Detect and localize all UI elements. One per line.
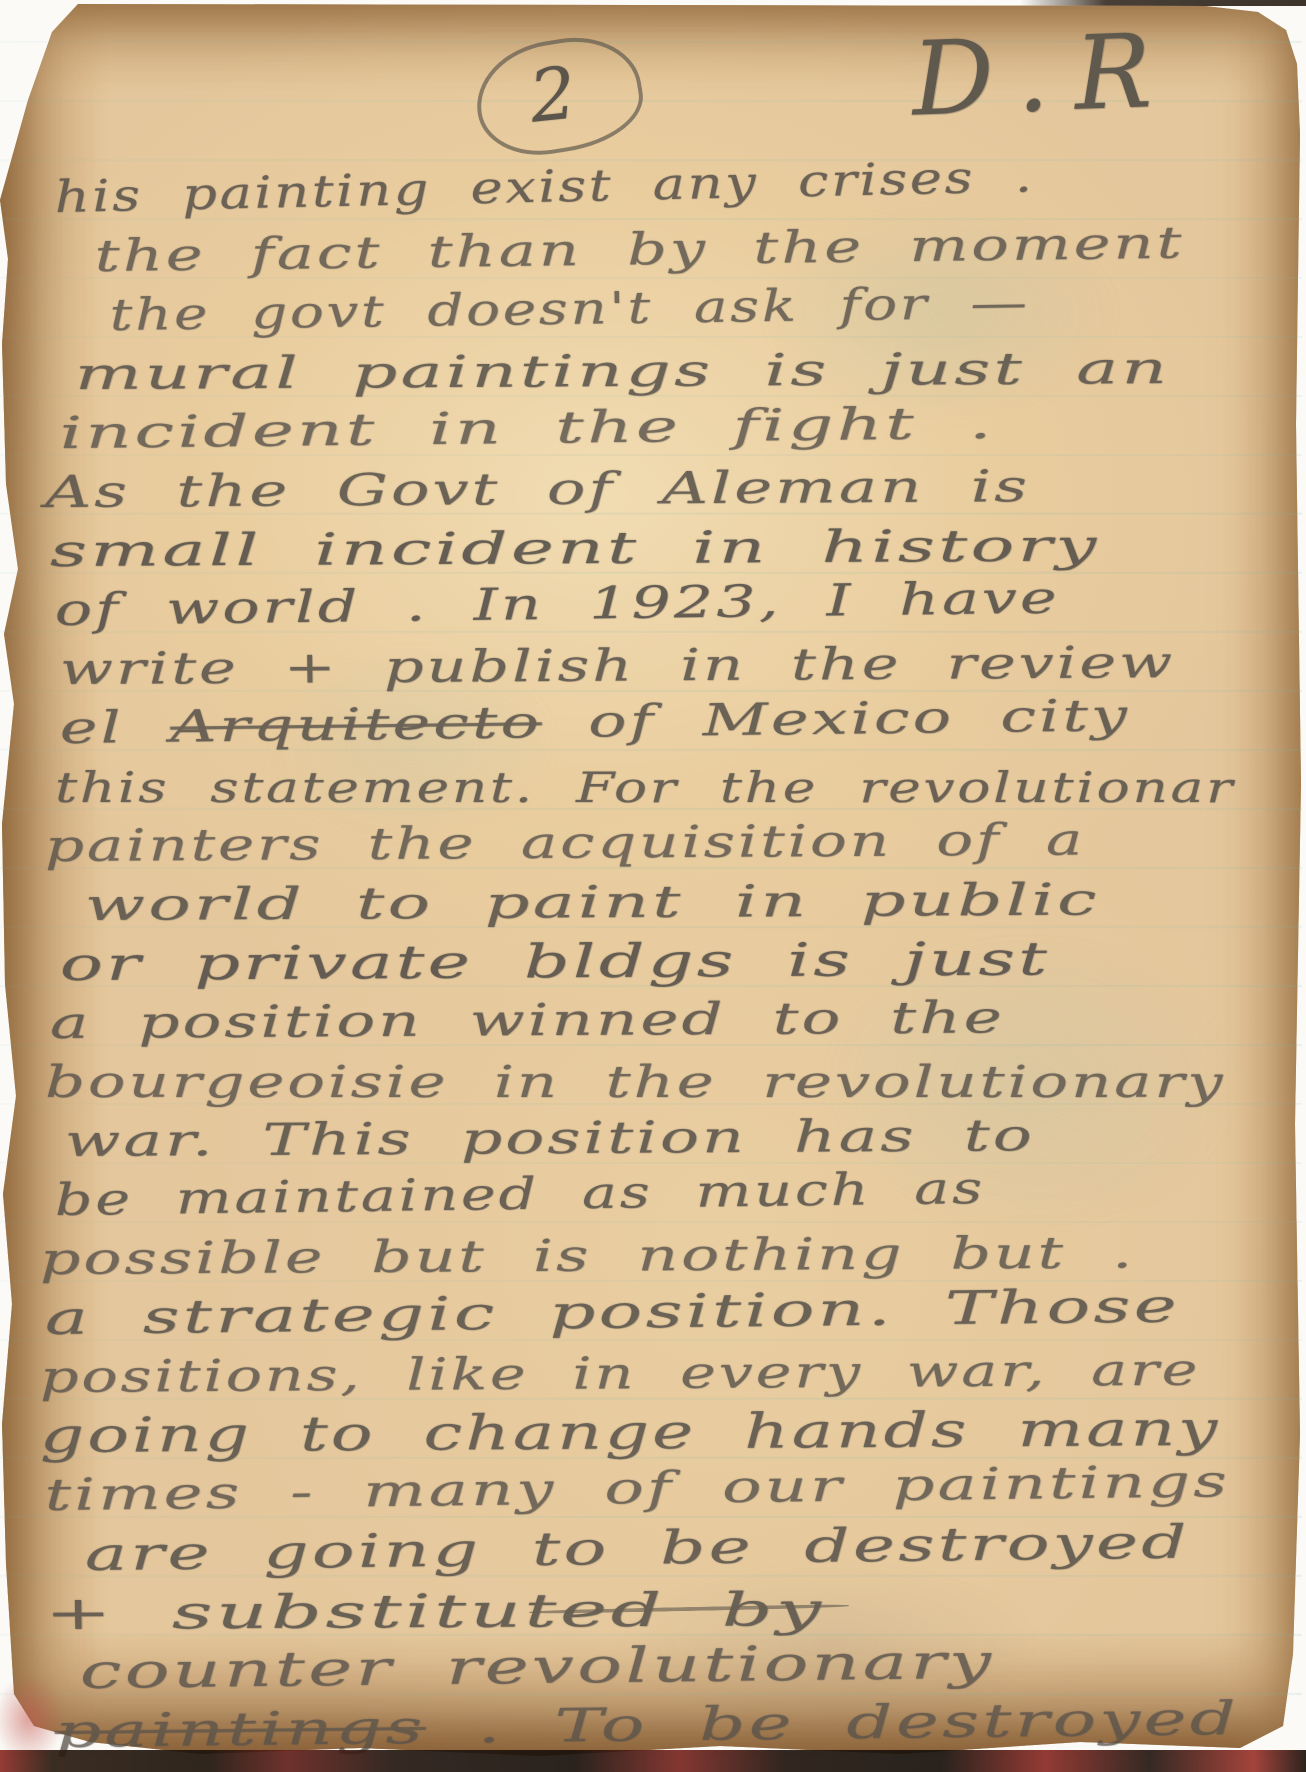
handwriting-line: painters the acquisition of a xyxy=(45,817,1306,876)
handwriting-line: a strategic position. Those xyxy=(45,1289,1306,1348)
author-initials: D.R xyxy=(910,11,1179,139)
handwriting-line: As the Govt of Aleman is xyxy=(45,463,1306,522)
handwriting-line: a position winned to the xyxy=(50,994,1306,1053)
handwriting-line: small incident in history xyxy=(50,522,1306,581)
handwriting-line: or private bldgs is just xyxy=(60,935,1306,994)
handwriting-line: + substituted by xyxy=(45,1584,1306,1643)
handwriting-line: be maintained as much as xyxy=(55,1171,1306,1230)
torn-bottom-edge xyxy=(0,1750,1306,1772)
handwriting-line: of world . In 1923, I have xyxy=(55,581,1306,640)
handwriting-line: mural paintings is just an xyxy=(75,345,1306,404)
page-number: 2 xyxy=(526,50,580,138)
handwriting-line: world to paint in public xyxy=(85,876,1306,935)
handwriting-line: positions, like in every war, are xyxy=(40,1348,1306,1407)
manuscript-lines: his painting exist any crises .the fact … xyxy=(0,168,1306,1761)
handwriting-line: el Arquitecto of Mexico city xyxy=(60,699,1306,758)
scanned-manuscript-page: 2 D.R his painting exist any crises .the… xyxy=(0,0,1306,1772)
scan-edge-shadow xyxy=(1020,0,1306,6)
handwriting-line: bourgeoisie in the revolutionary xyxy=(45,1053,1306,1112)
handwriting-line: this statement. For the revolutionar xyxy=(55,758,1306,817)
handwriting-line: the govt doesn't ask for — xyxy=(110,286,1306,345)
handwriting-line: are going to be destroyed xyxy=(85,1525,1306,1584)
handwriting-line: incident in the fight . xyxy=(60,404,1306,463)
